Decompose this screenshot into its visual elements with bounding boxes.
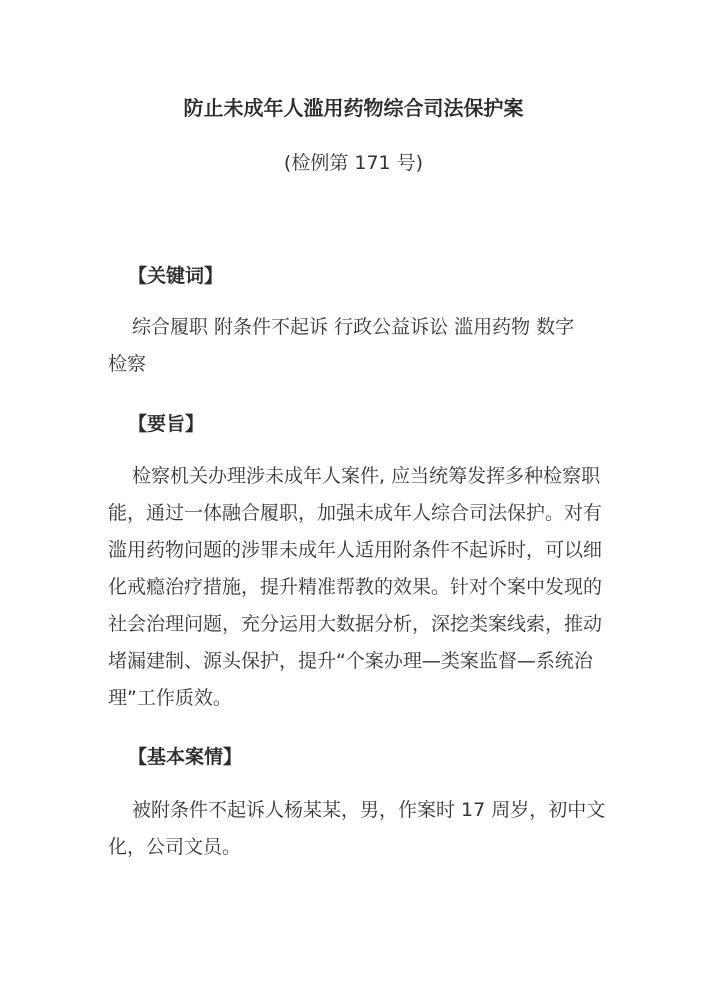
text-line: 化戒瘾治疗措施，提升精准帮教的效果。针对个案中发现的 (108, 569, 603, 606)
text-line: 能，通过一体融合履职，加强未成年人综合司法保护。对有 (108, 495, 603, 532)
section-body-gist: 检察机关办理涉未成年人案件, 应当统筹发挥多种检察职 能，通过一体融合履职，加强… (108, 458, 603, 717)
section-heading-gist: 【要旨】 (128, 409, 204, 436)
document-case-number: (检例第 171 号) (0, 148, 707, 175)
text-line: 化，公司文员。 (108, 829, 603, 866)
section-body-basic-facts: 被附条件不起诉人杨某某，男，作案时 17 周岁，初中文 化，公司文员。 (108, 792, 603, 866)
text-line: 堵漏建制、源头保护，提升“个案办理—类案监督—系统治 (108, 643, 603, 680)
text-line: 检察机关办理涉未成年人案件, 应当统筹发挥多种检察职 (108, 458, 603, 495)
text-line: 理”工作质效。 (108, 680, 603, 717)
section-heading-basic-facts: 【基本案情】 (128, 742, 242, 769)
text-line: 综合履职 附条件不起诉 行政公益诉讼 滥用药物 数字 (108, 309, 603, 346)
text-line: 检察 (108, 346, 603, 383)
document-page: 防止未成年人滥用药物综合司法保护案 (检例第 171 号) 【关键词】 综合履职… (0, 0, 707, 999)
section-heading-keywords: 【关键词】 (128, 261, 223, 288)
text-line: 被附条件不起诉人杨某某，男，作案时 17 周岁，初中文 (108, 792, 603, 829)
text-line: 社会治理问题，充分运用大数据分析，深挖类案线索，推动 (108, 606, 603, 643)
section-body-keywords: 综合履职 附条件不起诉 行政公益诉讼 滥用药物 数字 检察 (108, 309, 603, 383)
document-title: 防止未成年人滥用药物综合司法保护案 (0, 92, 707, 121)
text-line: 滥用药物问题的涉罪未成年人适用附条件不起诉时，可以细 (108, 532, 603, 569)
